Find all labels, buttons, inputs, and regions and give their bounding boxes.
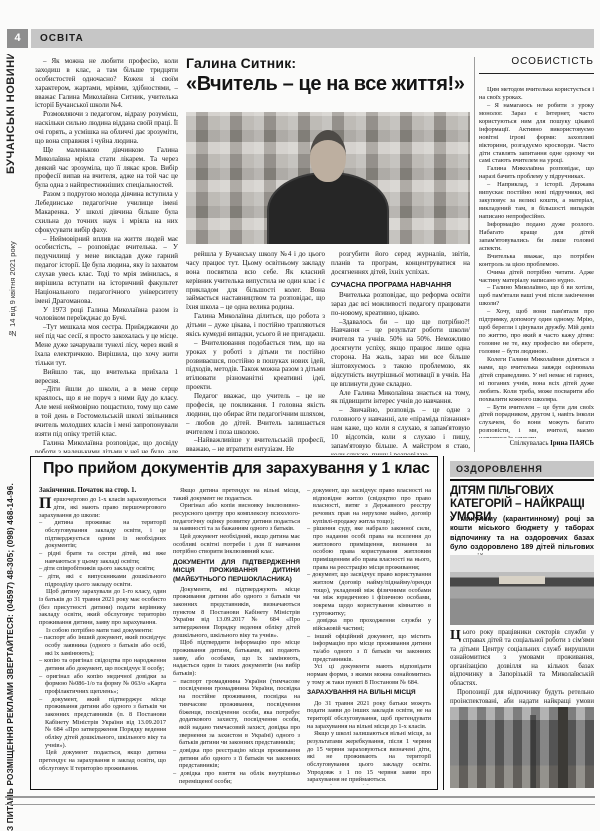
paragraph: Разом з подругою молода дівчина вступила… [35,190,178,234]
paragraph: Якщо у школі залишаються вільні місця, з… [307,730,431,784]
admission-column-2: Якщо дитина претендує на вільні місця, т… [173,487,300,785]
subhead-vacancies: ЗАРАХУВАННЯ НА ВІЛЬНІ МІСЦЯ [307,689,431,697]
paragraph: Вийшло так, що вчителька приїхала 1 вере… [35,368,178,386]
paragraph: Цей документ подається, якщо дитина прет… [39,749,166,772]
list-item: – довідка про проходження служби у війсь… [307,617,431,632]
paragraph: Галина Миколаївна розповідає, що досвіду… [35,439,178,453]
list-item: – довідка про взяття на облік внутрішньо… [173,770,300,785]
list-item: – рішення суду, яке набрало законної сил… [307,525,431,571]
paragraph: Цим методом вчителька користується і на … [479,86,594,102]
article-kicker: Галина Ситник: [186,56,482,71]
paragraph: – Неймовірний вплив на життя людей має о… [35,235,178,306]
paragraph: Ще маленькою дівчинкою Галина Миколаївна… [35,146,178,190]
paragraph: Галина Миколаївна розповідає, що наразі … [479,165,594,181]
section-title: ОСВІТА [40,33,84,44]
paragraph: До 31 травня 2021 року батьки можуть под… [307,700,431,731]
newspaper-page: 4 ОСВІТА БУЧАНСЬКІ НОВИНИ № 14 від 9 кві… [0,0,600,831]
article-column-3: розгубити його серед журналів, звітів, п… [331,250,470,455]
article-column-2: рейшла у Бучанську школу №4 і до цього ч… [186,250,325,455]
list-item: – дитина проживає на території обслугову… [39,519,166,550]
paragraph: –Найважливіше у вчительській професії, в… [186,436,325,454]
list-item: – діти, які є випускниками дошкільного п… [39,573,166,588]
footer-rule-bottom [5,804,595,805]
dropcap: П [39,497,51,510]
list-item: – документ, що засвідчує право власності… [307,487,431,525]
camp-grounds-photo [450,707,594,788]
article-column-1: – Як можна не любити професію, коли захо… [35,57,178,453]
paragraph: – Галино Миколаївно, що б ви хотіли, щоб… [479,284,594,308]
list-item: – довідка про реєстрацію місця проживанн… [173,747,300,770]
dropcap: Ц [450,630,461,641]
health-body: Цього року працівники секторів служби у … [450,629,594,705]
list-item: – інший офіційний документ, що містить і… [307,633,431,664]
paragraph: – Я намагаюсь не робити з уроку монолог.… [479,102,594,166]
paragraph: Оригінал або копія висновку інклюзивно-р… [173,502,300,533]
paragraph: Інформацію подано дуже розлого. Набагато… [479,221,594,253]
paragraph: Якщо дитина претендує на вільні місця, т… [173,487,300,502]
list-item: – рідні брати та сестри дітей, які вже н… [39,550,166,565]
paragraph: – Звичайно, розповідь – це одне з головн… [331,406,470,455]
paragraph: Розмовляючи з педагогом, відразу розуміє… [35,110,178,146]
byline-author: Ірина ПАЯСЬ [550,440,594,447]
rubric-rule [450,479,594,481]
paragraph: –Здавалось би – що ще потрібно?! Навчанн… [331,318,470,389]
paragraph: –Тут мешкала моя сестра. Приїжджаючи до … [35,323,178,367]
footnote: Жеребкування відбувається з 5 по 10 черв… [307,784,431,785]
paragraph: Усі ці документи мають відповідати норма… [307,663,431,686]
paragraph: Щоб дитину зарахували до 1-го класу, оди… [39,588,166,626]
paragraph: Щоб підтвердити інформацію про місце про… [173,639,300,677]
camp-building-photo [450,555,594,625]
column-divider [474,57,475,452]
paragraph: Колеги Галини Миколаївни діляться з нами… [479,356,594,404]
page-number: 4 [7,29,28,48]
paragraph: Цього року працівники секторів служби у … [450,629,594,688]
byline-prefix: Спілкувалась [510,440,550,447]
footer-rule-top [5,796,595,798]
list-item: – паспорт громадянина України (тимчасове… [173,678,300,747]
list-item: – документ, що засвідчує право користува… [307,571,431,617]
paragraph: рейшла у Бучанську школу №4 і до цього ч… [186,250,325,312]
list-item: – копію та оригінал свідоцтва про народж… [39,657,166,672]
admission-article: Про прийом документів для зарахування у … [30,456,438,790]
paragraph: У 1973 році Галина Миколаївна разом із ч… [35,306,178,324]
list-item: – паспорт або інший документ, який посві… [39,634,166,657]
paragraph: – Хочу, щоб вони пам'ятали про підтримку… [479,308,594,356]
subhead-documents: ДОКУМЕНТИ ДЛЯ ПІДТВЕРДЖЕННЯ МІСЦЯ ПРОЖИВ… [173,559,300,584]
admission-title: Про прийом документів для зарахування у … [31,457,437,478]
list-item: – документ, який підтверджує місце прожи… [39,696,166,750]
rubric-personality: ОСОБИСТІСТЬ [479,57,594,74]
continuation-note: Закінчення. Початок на стор. 1. [39,487,166,495]
paragraph: –Діти йшли до школи, а в мене серце края… [35,385,178,438]
list-item: – діти співробітників цього закладу осві… [39,565,166,573]
paragraph: Цей документ необхідний, якщо дитина має… [173,533,300,556]
paragraph: Вчителька вважає, що потрібен контроль з… [479,253,594,269]
article-headline: «Вчитель – це на все життя!» [186,74,482,95]
paragraph: Першочергово до 1-х класів зараховуються… [39,496,166,519]
paragraph: – Бути вчителем – це бути для своїх діте… [479,404,594,439]
paragraph: – Наприклад, з історії. Держава випускає… [479,181,594,221]
paragraph: – Вчителювання подобається тим, що на ур… [186,339,325,392]
subhead-modern-program: СУЧАСНА ПРОГРАМА НАВЧАННЯ [331,280,470,289]
paragraph: розгубити його серед журналів, звітів, п… [331,250,470,277]
paragraph-text: ершочергово до 1-х класів зараховуються … [39,496,166,518]
paragraph-text: ього року працівники секторів служби у с… [450,629,594,687]
byline: Спілкувалась Ірина ПАЯСЬ [479,440,594,447]
paragraph: Документи, які підтверджують місце прожи… [173,586,300,640]
paragraph: Очима дітей потрібно читати. Адже частин… [479,269,594,285]
paragraph: Галина Миколаївна ділиться, що робота з … [186,312,325,339]
newspaper-name-vertical: БУЧАНСЬКІ НОВИНИ [5,54,27,174]
article-column-4: Цим методом вчителька користується і на … [479,86,594,438]
rubric-health: ОЗДОРОВЛЕННЯ [456,464,543,474]
issue-info-vertical: № 14 від 9 квітня 2021 року [8,176,24,338]
article-header: Галина Ситник: «Вчитель – це на все житт… [186,56,482,110]
section-divider [443,456,444,790]
section-header-bar: ОСВІТА [31,29,594,48]
paragraph: Педагог вважає, що учитель – це не профе… [186,392,325,436]
paragraph: – Як можна не любити професію, коли захо… [35,57,178,110]
paragraph: Пропозиції для відпочинку будуть ретельн… [450,689,594,705]
list-item: – оригінал або копію медичної довідки за… [39,673,166,696]
paragraph: Вчителька розповідає, що реформа освіти … [331,291,470,318]
ad-contact-vertical: З ПИТАНЬ РОЗМІЩЕННЯ РЕКЛАМИ ЗВЕРТАЙТЕСЯ:… [6,414,26,831]
teacher-photo [186,112,470,244]
paragraph: Але Галина Миколаївна знається на тому, … [331,389,470,407]
paragraph: Із собою потрібно мати такі документи: [39,627,166,635]
admission-column-1: Закінчення. Початок на стор. 1. Першочер… [39,487,166,785]
admission-column-3: – документ, що засвідчує право власності… [307,487,431,785]
rubric-health-bar: ОЗДОРОВЛЕННЯ [450,461,594,477]
